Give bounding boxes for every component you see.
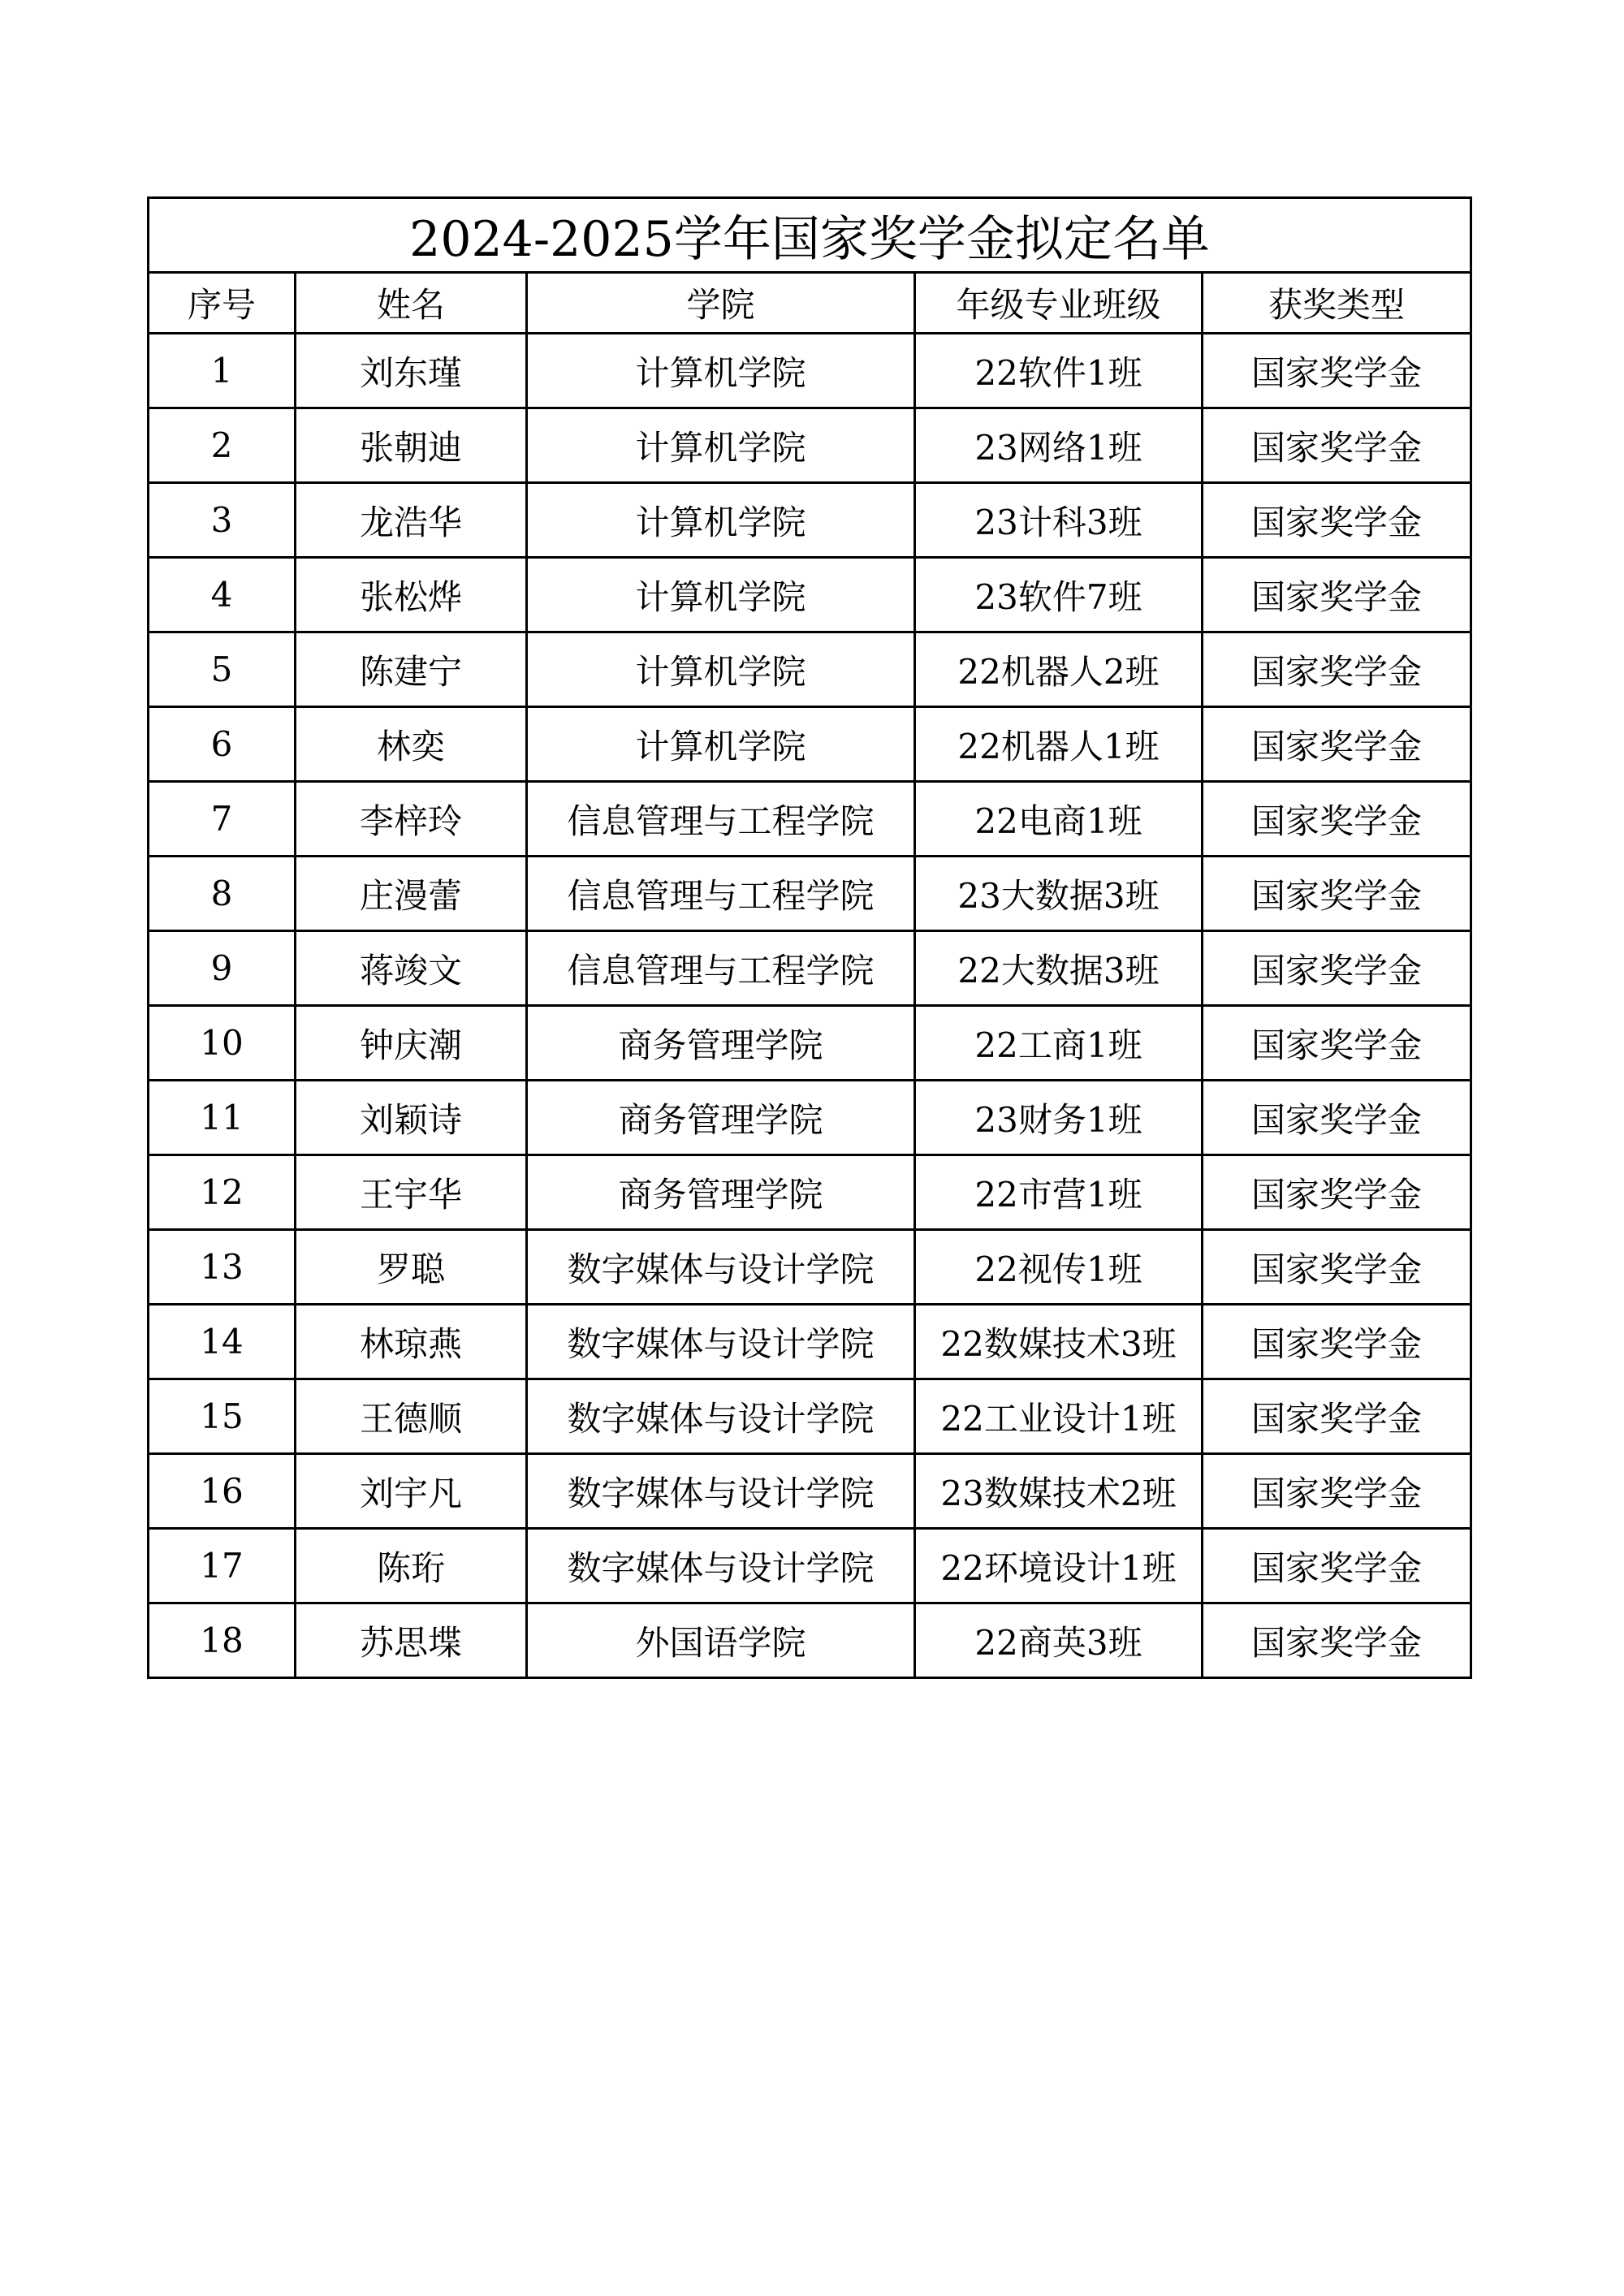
cell-serial-number: 2 bbox=[149, 408, 296, 483]
table-row: 12王宇华商务管理学院22市营1班国家奖学金 bbox=[149, 1155, 1471, 1230]
cell-name: 刘宇凡 bbox=[296, 1454, 527, 1529]
cell-serial-number: 7 bbox=[149, 782, 296, 857]
table-row: 8庄漫蕾信息管理与工程学院23大数据3班国家奖学金 bbox=[149, 857, 1471, 931]
cell-award-type: 国家奖学金 bbox=[1203, 1603, 1471, 1678]
cell-grade-major-class: 22视传1班 bbox=[915, 1230, 1203, 1305]
cell-serial-number: 11 bbox=[149, 1081, 296, 1155]
cell-award-type: 国家奖学金 bbox=[1203, 857, 1471, 931]
cell-college: 数字媒体与设计学院 bbox=[527, 1230, 915, 1305]
cell-serial-number: 18 bbox=[149, 1603, 296, 1678]
cell-award-type: 国家奖学金 bbox=[1203, 408, 1471, 483]
cell-serial-number: 8 bbox=[149, 857, 296, 931]
cell-award-type: 国家奖学金 bbox=[1203, 1305, 1471, 1379]
cell-college: 商务管理学院 bbox=[527, 1155, 915, 1230]
table-row: 9蒋竣文信息管理与工程学院22大数据3班国家奖学金 bbox=[149, 931, 1471, 1006]
cell-college: 计算机学院 bbox=[527, 707, 915, 782]
document-title: 2024-2025学年国家奖学金拟定名单 bbox=[149, 198, 1471, 273]
cell-serial-number: 12 bbox=[149, 1155, 296, 1230]
cell-grade-major-class: 23计科3班 bbox=[915, 483, 1203, 558]
cell-college: 信息管理与工程学院 bbox=[527, 782, 915, 857]
cell-college: 计算机学院 bbox=[527, 558, 915, 632]
cell-college: 数字媒体与设计学院 bbox=[527, 1454, 915, 1529]
cell-serial-number: 15 bbox=[149, 1379, 296, 1454]
cell-college: 商务管理学院 bbox=[527, 1081, 915, 1155]
table-row: 18苏思堞外国语学院22商英3班国家奖学金 bbox=[149, 1603, 1471, 1678]
cell-name: 张朝迪 bbox=[296, 408, 527, 483]
cell-grade-major-class: 22电商1班 bbox=[915, 782, 1203, 857]
title-row: 2024-2025学年国家奖学金拟定名单 bbox=[149, 198, 1471, 273]
table-row: 1刘东瑾计算机学院22软件1班国家奖学金 bbox=[149, 334, 1471, 408]
cell-name: 林奕 bbox=[296, 707, 527, 782]
cell-college: 数字媒体与设计学院 bbox=[527, 1379, 915, 1454]
table-row: 2张朝迪计算机学院23网络1班国家奖学金 bbox=[149, 408, 1471, 483]
cell-award-type: 国家奖学金 bbox=[1203, 1379, 1471, 1454]
table-row: 7李梓玲信息管理与工程学院22电商1班国家奖学金 bbox=[149, 782, 1471, 857]
cell-college: 数字媒体与设计学院 bbox=[527, 1529, 915, 1603]
cell-name: 蒋竣文 bbox=[296, 931, 527, 1006]
cell-award-type: 国家奖学金 bbox=[1203, 334, 1471, 408]
cell-college: 计算机学院 bbox=[527, 483, 915, 558]
cell-award-type: 国家奖学金 bbox=[1203, 707, 1471, 782]
cell-name: 李梓玲 bbox=[296, 782, 527, 857]
cell-serial-number: 10 bbox=[149, 1006, 296, 1081]
cell-name: 钟庆潮 bbox=[296, 1006, 527, 1081]
cell-name: 林琼燕 bbox=[296, 1305, 527, 1379]
table-row: 14林琼燕数字媒体与设计学院22数媒技术3班国家奖学金 bbox=[149, 1305, 1471, 1379]
cell-grade-major-class: 22软件1班 bbox=[915, 334, 1203, 408]
table-row: 16刘宇凡数字媒体与设计学院23数媒技术2班国家奖学金 bbox=[149, 1454, 1471, 1529]
table-row: 4张松烨计算机学院23软件7班国家奖学金 bbox=[149, 558, 1471, 632]
cell-college: 计算机学院 bbox=[527, 334, 915, 408]
table-row: 3龙浩华计算机学院23计科3班国家奖学金 bbox=[149, 483, 1471, 558]
table-body: 1刘东瑾计算机学院22软件1班国家奖学金2张朝迪计算机学院23网络1班国家奖学金… bbox=[149, 334, 1471, 1678]
cell-name: 刘东瑾 bbox=[296, 334, 527, 408]
header-serial-number: 序号 bbox=[149, 273, 296, 334]
cell-serial-number: 5 bbox=[149, 632, 296, 707]
cell-award-type: 国家奖学金 bbox=[1203, 1081, 1471, 1155]
document-page: 2024-2025学年国家奖学金拟定名单 序号 姓名 学院 年级专业班级 获奖类… bbox=[0, 0, 1624, 2296]
cell-award-type: 国家奖学金 bbox=[1203, 1006, 1471, 1081]
cell-serial-number: 14 bbox=[149, 1305, 296, 1379]
cell-grade-major-class: 23数媒技术2班 bbox=[915, 1454, 1203, 1529]
header-row: 序号 姓名 学院 年级专业班级 获奖类型 bbox=[149, 273, 1471, 334]
cell-award-type: 国家奖学金 bbox=[1203, 483, 1471, 558]
cell-name: 罗聪 bbox=[296, 1230, 527, 1305]
table-row: 6林奕计算机学院22机器人1班国家奖学金 bbox=[149, 707, 1471, 782]
cell-award-type: 国家奖学金 bbox=[1203, 558, 1471, 632]
cell-serial-number: 13 bbox=[149, 1230, 296, 1305]
cell-grade-major-class: 22市营1班 bbox=[915, 1155, 1203, 1230]
cell-award-type: 国家奖学金 bbox=[1203, 1155, 1471, 1230]
cell-serial-number: 17 bbox=[149, 1529, 296, 1603]
cell-serial-number: 6 bbox=[149, 707, 296, 782]
header-name: 姓名 bbox=[296, 273, 527, 334]
cell-name: 陈建宁 bbox=[296, 632, 527, 707]
cell-serial-number: 16 bbox=[149, 1454, 296, 1529]
cell-serial-number: 3 bbox=[149, 483, 296, 558]
cell-grade-major-class: 22大数据3班 bbox=[915, 931, 1203, 1006]
cell-award-type: 国家奖学金 bbox=[1203, 1230, 1471, 1305]
cell-grade-major-class: 22机器人2班 bbox=[915, 632, 1203, 707]
cell-grade-major-class: 23财务1班 bbox=[915, 1081, 1203, 1155]
cell-award-type: 国家奖学金 bbox=[1203, 782, 1471, 857]
cell-name: 刘颖诗 bbox=[296, 1081, 527, 1155]
cell-serial-number: 9 bbox=[149, 931, 296, 1006]
header-college: 学院 bbox=[527, 273, 915, 334]
cell-grade-major-class: 22商英3班 bbox=[915, 1603, 1203, 1678]
cell-name: 张松烨 bbox=[296, 558, 527, 632]
table-row: 15王德顺数字媒体与设计学院22工业设计1班国家奖学金 bbox=[149, 1379, 1471, 1454]
cell-college: 信息管理与工程学院 bbox=[527, 931, 915, 1006]
cell-award-type: 国家奖学金 bbox=[1203, 1529, 1471, 1603]
cell-grade-major-class: 22数媒技术3班 bbox=[915, 1305, 1203, 1379]
table-row: 11刘颖诗商务管理学院23财务1班国家奖学金 bbox=[149, 1081, 1471, 1155]
cell-serial-number: 1 bbox=[149, 334, 296, 408]
header-award-type: 获奖类型 bbox=[1203, 273, 1471, 334]
cell-name: 庄漫蕾 bbox=[296, 857, 527, 931]
cell-grade-major-class: 23大数据3班 bbox=[915, 857, 1203, 931]
cell-grade-major-class: 22工商1班 bbox=[915, 1006, 1203, 1081]
cell-name: 王德顺 bbox=[296, 1379, 527, 1454]
table-row: 17陈珩数字媒体与设计学院22环境设计1班国家奖学金 bbox=[149, 1529, 1471, 1603]
header-grade-major-class: 年级专业班级 bbox=[915, 273, 1203, 334]
scholarship-table: 2024-2025学年国家奖学金拟定名单 序号 姓名 学院 年级专业班级 获奖类… bbox=[147, 196, 1472, 1679]
cell-grade-major-class: 23网络1班 bbox=[915, 408, 1203, 483]
cell-college: 计算机学院 bbox=[527, 632, 915, 707]
cell-grade-major-class: 22机器人1班 bbox=[915, 707, 1203, 782]
cell-award-type: 国家奖学金 bbox=[1203, 931, 1471, 1006]
cell-college: 商务管理学院 bbox=[527, 1006, 915, 1081]
cell-college: 数字媒体与设计学院 bbox=[527, 1305, 915, 1379]
table-row: 5陈建宁计算机学院22机器人2班国家奖学金 bbox=[149, 632, 1471, 707]
cell-grade-major-class: 23软件7班 bbox=[915, 558, 1203, 632]
cell-college: 外国语学院 bbox=[527, 1603, 915, 1678]
cell-award-type: 国家奖学金 bbox=[1203, 632, 1471, 707]
table-row: 13罗聪数字媒体与设计学院22视传1班国家奖学金 bbox=[149, 1230, 1471, 1305]
cell-serial-number: 4 bbox=[149, 558, 296, 632]
cell-name: 陈珩 bbox=[296, 1529, 527, 1603]
table-row: 10钟庆潮商务管理学院22工商1班国家奖学金 bbox=[149, 1006, 1471, 1081]
cell-college: 信息管理与工程学院 bbox=[527, 857, 915, 931]
cell-name: 龙浩华 bbox=[296, 483, 527, 558]
cell-grade-major-class: 22工业设计1班 bbox=[915, 1379, 1203, 1454]
cell-award-type: 国家奖学金 bbox=[1203, 1454, 1471, 1529]
cell-name: 王宇华 bbox=[296, 1155, 527, 1230]
cell-name: 苏思堞 bbox=[296, 1603, 527, 1678]
cell-grade-major-class: 22环境设计1班 bbox=[915, 1529, 1203, 1603]
cell-college: 计算机学院 bbox=[527, 408, 915, 483]
